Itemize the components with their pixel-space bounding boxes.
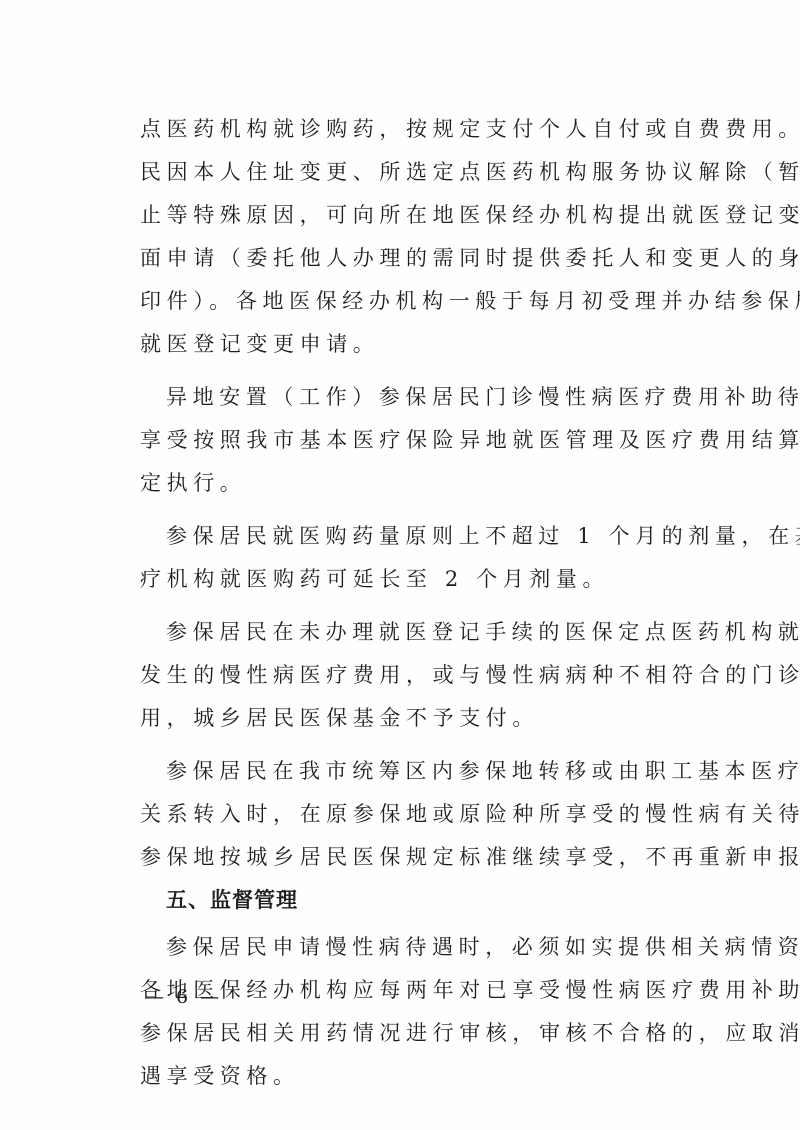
text-line: 定执行。 [140,462,732,505]
paragraph-offsite-settlement: 异地安置（工作）参保居民门诊慢性病医疗费用补助待遇的 享受按照我市基本医疗保险异… [140,376,732,505]
paragraph-unregistered-costs: 参保居民在未办理就医登记手续的医保定点医药机构就诊所 发生的慢性病医疗费用，或与… [140,611,732,740]
paragraph-supervision: 参保居民申请慢性病待遇时，必须如实提供相关病情资料。 各地医保经办机构应每两年对… [140,926,732,1098]
text-line: 参保居民相关用药情况进行审核，审核不合格的，应取消其相关待 [140,1012,732,1055]
text-line: 享受按照我市基本医疗保险异地就医管理及医疗费用结算有关规 [140,419,732,462]
text-line: 异地安置（工作）参保居民门诊慢性病医疗费用补助待遇的 [140,376,732,419]
text-line: 参保地按城乡居民医保规定标准继续享受，不再重新申报。 [140,836,732,879]
section-heading: 五、监督管理 [140,879,732,922]
document-body: 点医药机构就诊购药，按规定支付个人自付或自费费用。参保居 民因本人住址变更、所选… [140,108,732,1098]
paragraph-registration-change: 点医药机构就诊购药，按规定支付个人自付或自费费用。参保居 民因本人住址变更、所选… [140,108,732,366]
text-line: 参保居民在我市统筹区内参保地转移或由职工基本医疗保险 [140,750,732,793]
text-line: 就医登记变更申请。 [140,323,732,366]
text-line: 面申请（委托他人办理的需同时提供委托人和变更人的身份证复 [140,237,732,280]
text-line: 印件）。各地医保经办机构一般于每月初受理并办结参保居民的 [140,280,732,323]
document-page: 点医药机构就诊购药，按规定支付个人自付或自费费用。参保居 民因本人住址变更、所选… [0,0,800,1130]
text-line: 疗机构就医购药可延长至 2 个月剂量。 [140,558,732,601]
text-line: 参保居民就医购药量原则上不超过 1 个月的剂量，在基层医 [140,515,732,558]
page-number: — 6 — [145,986,222,1008]
text-line: 发生的慢性病医疗费用，或与慢性病病种不相符合的门诊医疗费 [140,654,732,697]
text-line: 点医药机构就诊购药，按规定支付个人自付或自费费用。参保居 [140,108,732,151]
text-line: 参保居民在未办理就医登记手续的医保定点医药机构就诊所 [140,611,732,654]
text-line: 遇享受资格。 [140,1055,732,1098]
text-line: 民因本人住址变更、所选定点医药机构服务协议解除（暂停）、终 [140,151,732,194]
paragraph-insurance-transfer: 参保居民在我市统筹区内参保地转移或由职工基本医疗保险 关系转入时，在原参保地或原… [140,750,732,879]
text-line: 关系转入时，在原参保地或原险种所享受的慢性病有关待遇，在新 [140,793,732,836]
text-line: 用，城乡居民医保基金不予支付。 [140,697,732,740]
text-line: 各地医保经办机构应每两年对已享受慢性病医疗费用补助待遇的 [140,969,732,1012]
text-line: 止等特殊原因，可向所在地医保经办机构提出就医登记变更的书 [140,194,732,237]
text-line: 参保居民申请慢性病待遇时，必须如实提供相关病情资料。 [140,926,732,969]
paragraph-dosage-limit: 参保居民就医购药量原则上不超过 1 个月的剂量，在基层医 疗机构就医购药可延长至… [140,515,732,601]
